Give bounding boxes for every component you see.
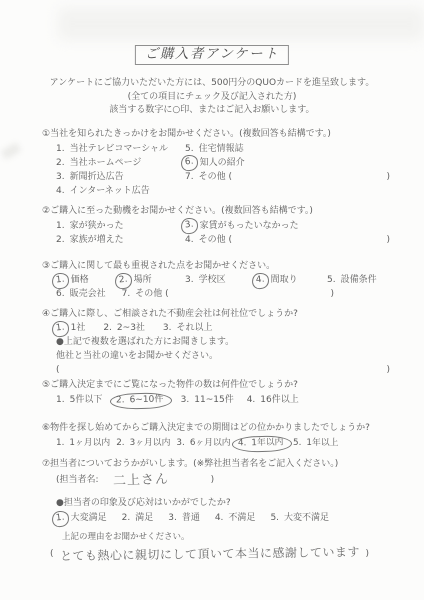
option-number: 1.: [56, 220, 65, 233]
option-text: 間取り: [271, 274, 298, 287]
q4-option-1: 1. 1社: [56, 322, 85, 335]
q3-option-6: 6. 販売会社: [56, 288, 106, 301]
option-number: 2.: [56, 234, 65, 247]
q3-option-1: 1. 価格: [56, 274, 119, 287]
q3-option-5: 5. 設備条件: [327, 274, 390, 287]
q1-label: ①当社を知られたきっかけをお聞かせください。(複数回答も結構です。): [42, 128, 331, 141]
q6-option-4: 4. 1年以内: [231, 435, 292, 452]
option-number: 4.: [247, 394, 256, 407]
option-number: 2.: [114, 272, 132, 290]
option-text: それ以上: [177, 322, 213, 335]
q3-label: ③ご購入に関して最も重視された点をお聞かせください。: [42, 260, 275, 273]
q1-option-2: 2. 当社ホームページ: [56, 156, 185, 170]
option-number: 1.: [51, 510, 69, 528]
option-number: 3.: [168, 512, 177, 525]
comment-close-paren: ): [366, 548, 370, 561]
q7-rating-2: 2. 満足: [122, 512, 154, 525]
option-text: 普通: [182, 512, 200, 525]
q7-rating-label: ●担当者の印象及び応対はいかがでしたか?: [56, 497, 231, 510]
option-text: 知人の紹介: [200, 157, 245, 170]
q5-options: 1. 5件以下 2. 6~10件 3. 11~15件 4. 16件以上: [56, 394, 390, 407]
option-text: 場所: [134, 274, 152, 287]
option-text: 3ヶ月以内: [130, 437, 171, 450]
answer-open-paren: (: [56, 364, 60, 377]
q7-name-line: (担当者名: 二上さん ): [56, 471, 390, 489]
option-number: 4.: [56, 185, 65, 198]
option-number: 4.: [251, 272, 269, 290]
scan-smudge: [58, 8, 424, 40]
option-number: 3.: [185, 274, 194, 287]
q2-options: 1. 家が狭かった 3. 家賃がもったいなかった 2. 家族が増えた 4. その…: [56, 219, 390, 247]
option-text: インターネット広告: [70, 185, 150, 198]
option-number: 1.: [56, 437, 64, 450]
option-text: 1年以上: [306, 437, 338, 450]
option-text: 1ヶ月以内: [69, 437, 110, 450]
option-text: 5件以下: [70, 394, 103, 407]
option-number: 5.: [293, 437, 301, 450]
q6-option-1: 1. 1ヶ月以内: [56, 437, 110, 450]
option-number: 5.: [185, 143, 194, 156]
survey-title: ご購入者アンケート: [145, 46, 279, 62]
q5-option-1: 1. 5件以下: [56, 394, 102, 407]
option-number: 1.: [51, 320, 69, 338]
intro-line-1: アンケートにご協力いただいた方には、500円分のQUOカードを進呈致します。: [0, 77, 424, 90]
q5-option-4: 4. 16件以上: [247, 394, 299, 407]
option-text: 家賃がもったいなかった: [200, 220, 299, 233]
option-number: 4.: [215, 512, 224, 525]
option-text: 住宅情報誌: [199, 143, 244, 156]
q1-option-4: 4. インターネット広告: [56, 184, 185, 198]
option-close-paren: ): [386, 171, 390, 184]
option-text: 1年以内: [251, 436, 283, 450]
option-text: 設備条件: [341, 274, 377, 287]
option-number: 5.: [270, 512, 279, 525]
option-number: 3.: [176, 437, 184, 450]
reason-comment-line: ( とても熱心に親切にして頂いて本当に感謝しています ): [50, 544, 384, 564]
q4-options: 1. 1社 2. 2~3社 3. それ以上: [56, 322, 390, 335]
q6-label: ⑥物件を探し始めてからご購入決定までの期間はどの位かかりましたでしょうか?: [42, 422, 370, 435]
option-number: 4.: [237, 437, 246, 450]
option-text: 満足: [135, 512, 153, 525]
option-text: その他 (: [199, 171, 232, 184]
agent-name-handwritten: 二上さん: [112, 473, 168, 488]
option-number: 7.: [122, 288, 131, 301]
q3-options-row1: 1. 価格 2. 場所 3. 学校区 4. 間取り 5. 設備条件: [56, 274, 390, 287]
option-number: 3.: [163, 322, 172, 335]
scanned-survey-page: ご購入者アンケート アンケートにご協力いただいた方には、500円分のQUOカード…: [0, 0, 424, 600]
q7-rating-4: 4. 不満足: [215, 512, 256, 525]
option-number: 5.: [327, 274, 336, 287]
option-text: 販売会社: [70, 288, 106, 301]
option-text: 16件以上: [260, 394, 298, 407]
option-text: 新聞折込広告: [70, 171, 124, 184]
option-number: 2.: [56, 157, 65, 170]
answer-close-paren: ): [386, 364, 390, 377]
option-text: 6ヶ月以内: [190, 437, 231, 450]
q3-option-4: 4. 間取り: [256, 274, 327, 287]
q6-option-3: 3. 6ヶ月以内: [176, 437, 230, 450]
q5-label: ⑤ご購入決定までにご覧になった物件の数は何件位でしょうか?: [42, 379, 298, 392]
q7-rating-1: 1. 大変満足: [56, 512, 107, 525]
q2-option-1: 1. 家が狭かった: [56, 219, 185, 233]
option-text: 学校区: [199, 274, 226, 287]
option-text: 11~15件: [194, 394, 233, 407]
option-text: 価格: [71, 274, 89, 287]
survey-title-box: ご購入者アンケート: [135, 45, 289, 65]
option-text: その他 (: [135, 288, 168, 301]
q2-option-3: 3. 家賃がもったいなかった: [185, 219, 390, 233]
option-number: 6.: [56, 288, 65, 301]
q2-label: ②ご購入に至った動機をお聞かせください。(複数回答も結構です。): [42, 205, 313, 218]
option-text: 2~3社: [117, 322, 145, 335]
option-text: 大変不満足: [284, 512, 329, 525]
option-text: 当社ホームページ: [70, 157, 142, 170]
option-text: その他 (: [199, 234, 232, 247]
option-number: 1.: [56, 143, 65, 156]
option-number: 4.: [185, 234, 194, 247]
comment-open-paren: (: [50, 548, 54, 561]
option-close-paren: ): [330, 288, 334, 301]
scan-artifact: [1, 142, 22, 160]
q2-option-2: 2. 家族が増えた: [56, 233, 185, 247]
q1-option-5: 5. 住宅情報誌: [185, 142, 390, 156]
q1-options: 1. 当社テレビコマーシャル 5. 住宅情報誌 2. 当社ホームページ 6. 知…: [56, 142, 390, 198]
reason-label: 上記の理由をお聞かせください。: [62, 531, 190, 544]
q4-answer-line: ( ): [56, 364, 390, 377]
q1-option-7: 7. その他 ( ): [185, 170, 390, 184]
q6-option-5: 5. 1年以上: [293, 437, 338, 450]
q1-option-1: 1. 当社テレビコマーシャル: [56, 142, 185, 156]
option-number: 2.: [116, 394, 125, 407]
q7-rating-3: 3. 普通: [168, 512, 200, 525]
option-text: 家が狭かった: [70, 220, 124, 233]
option-number: 3.: [181, 394, 190, 407]
option-close-paren: ): [386, 234, 390, 247]
q4-option-2: 2. 2~3社: [103, 322, 145, 335]
option-number: 2.: [116, 437, 124, 450]
q2-option-4: 4. その他 ( ): [185, 233, 390, 247]
option-number: 7.: [185, 171, 194, 184]
handwritten-comment: とても熱心に親切にして頂いて本当に感謝しています: [59, 545, 359, 562]
q4-followup-bullet: ●上記で複数を選ばれた方にお聞きします。: [56, 336, 234, 349]
q7-rating-options: 1. 大変満足 2. 満足 3. 普通 4. 不満足 5. 大変不満足: [56, 512, 390, 525]
option-number: 2.: [103, 322, 112, 335]
q3-option-7: 7. その他 ( ): [122, 288, 334, 301]
intro-line-2: (全ての項目にチェック及び記入された方): [0, 91, 424, 104]
option-number: 3.: [56, 171, 65, 184]
q7-label: ⑦担当者についておうかがいします。(※弊社担当者名をご記入ください。): [42, 458, 338, 471]
intro-line-3: 該当する数字に○印、またはご記入お願いします。: [0, 104, 424, 117]
option-number: 1.: [51, 272, 69, 290]
q1-option-6: 6. 知人の紹介: [185, 156, 390, 170]
q4-option-3: 3. それ以上: [163, 322, 213, 335]
option-text: 不満足: [228, 512, 255, 525]
option-text: 当社テレビコマーシャル: [70, 143, 168, 156]
option-number: 2.: [122, 512, 131, 525]
option-text: 1社: [71, 322, 86, 335]
agent-name-prefix: (担当者名:: [56, 474, 99, 487]
option-number: 1.: [56, 394, 65, 407]
option-text: 大変満足: [71, 512, 107, 525]
q6-option-2: 2. 3ヶ月以内: [116, 437, 170, 450]
option-text: 家族が増えた: [70, 234, 124, 247]
q3-option-3: 3. 学校区: [185, 274, 256, 287]
q5-option-2: 2. 6~10件: [110, 392, 173, 409]
q1-option-3: 3. 新聞折込広告: [56, 170, 185, 184]
q5-option-3: 3. 11~15件: [181, 394, 234, 407]
option-text: 6~10件: [130, 393, 164, 407]
agent-name-close-paren: ): [211, 474, 215, 487]
q3-option-2: 2. 場所: [119, 274, 185, 287]
q7-rating-5: 5. 大変不満足: [270, 512, 329, 525]
q4-followup-text: 他社と当社の違いをお聞かせください。: [56, 350, 218, 363]
q6-options: 1. 1ヶ月以内 2. 3ヶ月以内 3. 6ヶ月以内 4. 1年以内 5. 1年…: [56, 437, 390, 450]
q3-options-row2: 6. 販売会社 7. その他 ( ): [56, 288, 334, 301]
q4-label: ④ご購入に際し、ご相談された不動産会社は何社位でしょうか?: [42, 308, 298, 321]
